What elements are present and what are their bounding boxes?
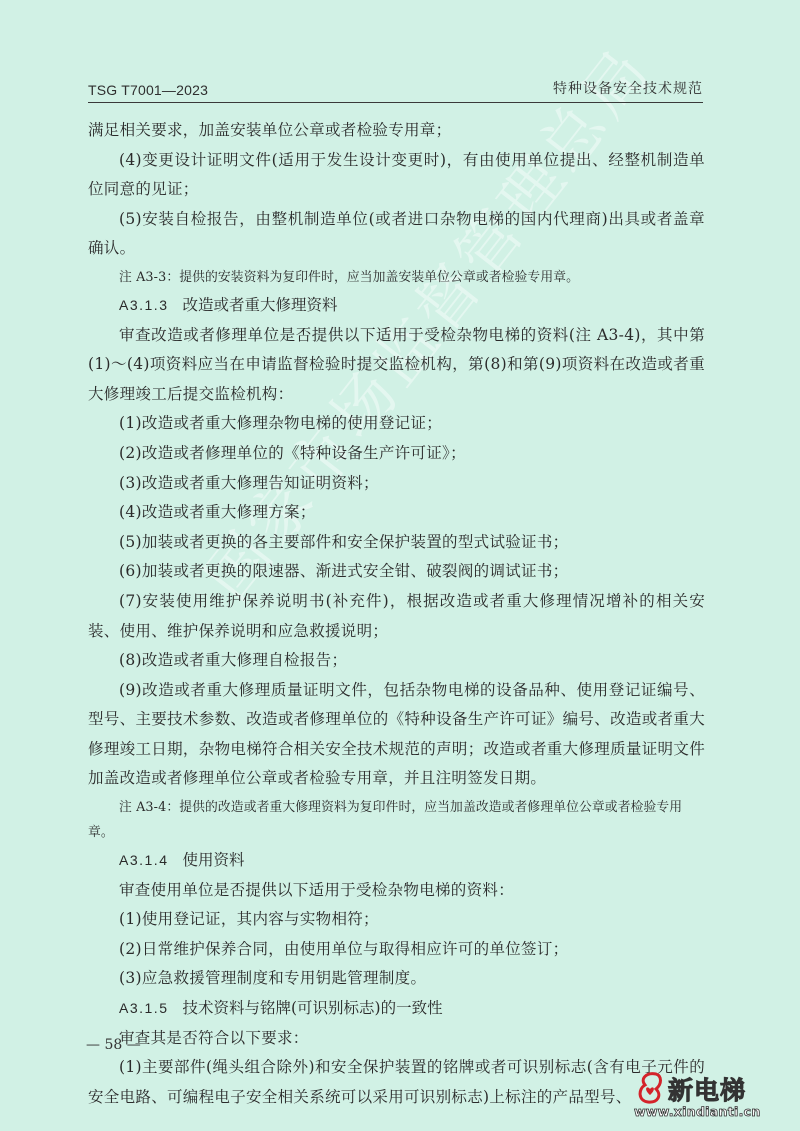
- section-title: 技术资料与铭牌(可识别标志)的一致性: [182, 999, 442, 1017]
- list-item: (1)使用登记证，其内容与实物相符；: [88, 905, 705, 935]
- list-item: (3)应急救援管理制度和专用钥匙管理制度。: [88, 964, 705, 994]
- list-item: (3)改造或者重大修理告知证明资料；: [88, 469, 705, 499]
- list-item: (1)改造或者重大修理杂物电梯的使用登记证；: [88, 409, 705, 439]
- note-a3-3: 注 A3-3：提供的安装资料为复印件时，应当加盖安装单位公章或者检验专用章。: [88, 265, 705, 290]
- section-heading-a3-1-3: A3.1.3改造或者重大修理资料: [88, 291, 705, 321]
- list-item: (6)加装或者更换的限速器、渐进式安全钳、破裂阀的调试证书；: [88, 557, 705, 587]
- section-number: A3.1.3: [119, 297, 168, 313]
- page-header: TSG T7001—2023 特种设备安全技术规范: [88, 75, 703, 103]
- page-content: 满足相关要求，加盖安装单位公章或者检验专用章； (4)变更设计证明文件(适用于发…: [88, 116, 705, 1112]
- paragraph-item-4: (4)变更设计证明文件(适用于发生设计变更时)，有由使用单位提出、经整机制造单位…: [88, 146, 705, 205]
- logo-mark-icon: [636, 1071, 666, 1105]
- list-item: (9)改造或者重大修理质量证明文件，包括杂物电梯的设备品种、使用登记证编号、型号…: [88, 676, 705, 794]
- section-heading-a3-1-4: A3.1.4使用资料: [88, 846, 705, 876]
- list-item: (2)改造或者修理单位的《特种设备生产许可证》；: [88, 439, 705, 469]
- section-title: 使用资料: [182, 851, 244, 869]
- section-title: 改造或者重大修理资料: [182, 296, 337, 314]
- list-item: (5)加装或者更换的各主要部件和安全保护装置的型式试验证书；: [88, 528, 705, 558]
- section-heading-a3-1-5: A3.1.5技术资料与铭牌(可识别标志)的一致性: [88, 994, 705, 1024]
- paragraph-continuation: 满足相关要求，加盖安装单位公章或者检验专用章；: [88, 116, 705, 146]
- section-number: A3.1.4: [119, 852, 168, 868]
- section-intro: 审查使用单位是否提供以下适用于受检杂物电梯的资料：: [88, 876, 705, 906]
- standard-category-title: 特种设备安全技术规范: [553, 78, 703, 98]
- note-a3-4: 注 A3-4：提供的改造或者重大修理资料为复印件时，应当加盖改造或者修理单位公章…: [88, 795, 705, 845]
- section-intro: 审查其是否符合以下要求：: [88, 1024, 705, 1054]
- section-number: A3.1.5: [119, 1000, 168, 1016]
- site-logo[interactable]: 新电梯 www.xindianti.cn: [634, 1071, 794, 1121]
- list-item: (8)改造或者重大修理自检报告；: [88, 646, 705, 676]
- logo-brand-text: 新电梯: [668, 1071, 746, 1107]
- page-number: — 58 —: [86, 1037, 141, 1053]
- paragraph-item-5: (5)安装自检报告，由整机制造单位(或者进口杂物电梯的国内代理商)出具或者盖章确…: [88, 205, 705, 264]
- list-item: (1)主要部件(绳头组合除外)和安全保护装置的铭牌或者可识别标志(含有电子元件的…: [88, 1053, 705, 1112]
- list-item: (4)改造或者重大修理方案；: [88, 498, 705, 528]
- standard-code: TSG T7001—2023: [88, 82, 208, 98]
- section-intro: 审查改造或者修理单位是否提供以下适用于受检杂物电梯的资料(注 A3-4)，其中第…: [88, 321, 705, 410]
- list-item: (2)日常维护保养合同，由使用单位与取得相应许可的单位签订；: [88, 935, 705, 965]
- list-item: (7)安装使用维护保养说明书(补充件)，根据改造或者重大修理情况增补的相关安装、…: [88, 587, 705, 646]
- logo-url-text: www.xindianti.cn: [634, 1104, 761, 1119]
